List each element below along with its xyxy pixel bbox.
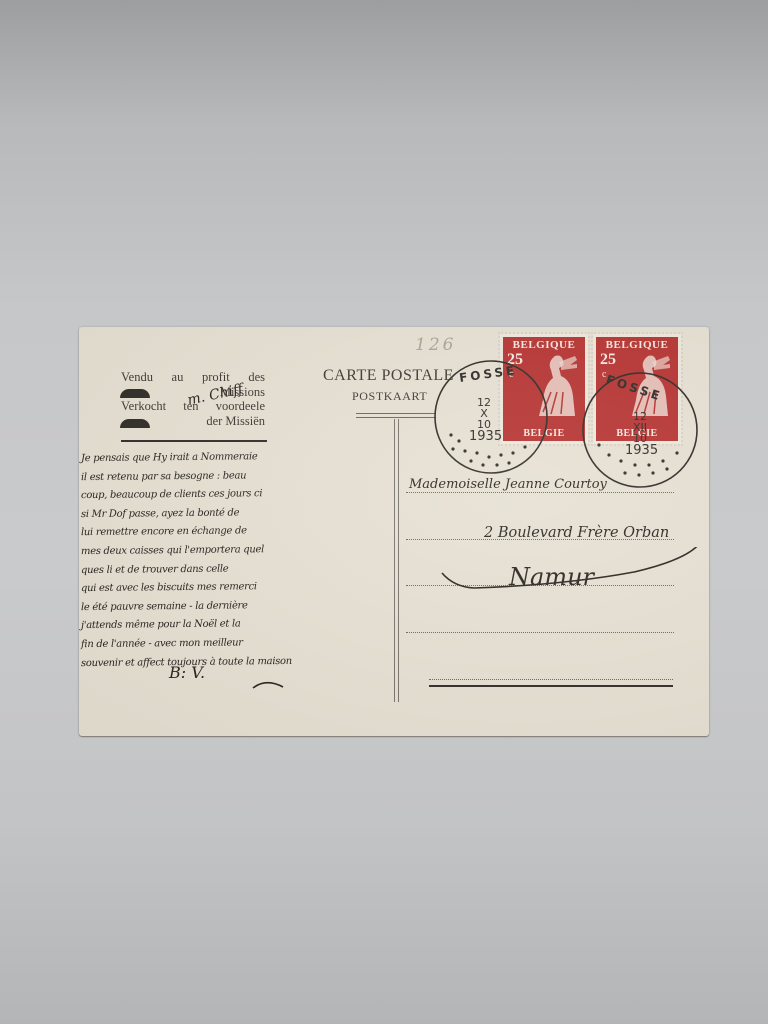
postmark-year: 1935	[469, 431, 502, 442]
address-recipient: Mademoiselle Jeanne Courtoy	[409, 477, 607, 492]
postmark-cancel: FOSSE 12 X 10 1935	[431, 357, 551, 477]
address-line-4	[406, 632, 674, 633]
postmark-date: 12 XII 10	[625, 411, 655, 444]
postmark-year: 1935	[625, 445, 658, 456]
message-line: fin de l'année - avec mon meilleur	[81, 634, 292, 655]
pencil-note: 126	[415, 335, 456, 355]
address-line-5	[429, 679, 673, 680]
postmark-cancel: FOSSE 12 XII 10 1935	[579, 369, 701, 491]
signature-flourish	[251, 679, 287, 691]
title-double-rule	[356, 413, 436, 418]
charity-rule	[121, 440, 267, 442]
signature: B: V.	[169, 663, 205, 682]
postcard-back: Vendu au profit des Missions Verkocht te…	[79, 327, 709, 736]
card-subtitle: POSTKAART	[352, 389, 427, 404]
message-line: coup, beaucoup de clients ces jours ci	[81, 485, 292, 506]
stamp-country-top: BELGIQUE	[503, 339, 585, 351]
address-street: 2 Boulevard Frère Orban	[484, 525, 669, 541]
message-line: mes deux caisses qui l'emportera quel	[81, 541, 292, 562]
address-bottom-rule	[429, 685, 673, 687]
message-line: Je pensais que Hy irait a Nommeraie	[81, 448, 292, 469]
message-line: qui est avec les biscuits mes remerci	[81, 578, 292, 599]
message-line: j'attends même pour la Noël et la	[81, 615, 292, 636]
postmark-date: 12 X 10	[469, 397, 499, 430]
city-underline-flourish	[434, 547, 714, 627]
center-divider	[394, 419, 399, 702]
stamp-country-top: BELGIQUE	[596, 339, 678, 351]
dome-ornament-icon	[120, 419, 150, 428]
handwritten-message: Je pensais que Hy irait a Nommeraie il e…	[81, 449, 292, 672]
message-line: ques li et de trouver dans celle	[81, 559, 292, 580]
dome-ornament-icon	[120, 389, 150, 398]
address-line-1	[406, 492, 674, 493]
message-line: lui remettre encore en échange de	[81, 522, 292, 543]
message-line: il est retenu par sa besogne : beau	[81, 466, 292, 487]
charity-line-1: Vendu au profit des	[121, 370, 265, 385]
